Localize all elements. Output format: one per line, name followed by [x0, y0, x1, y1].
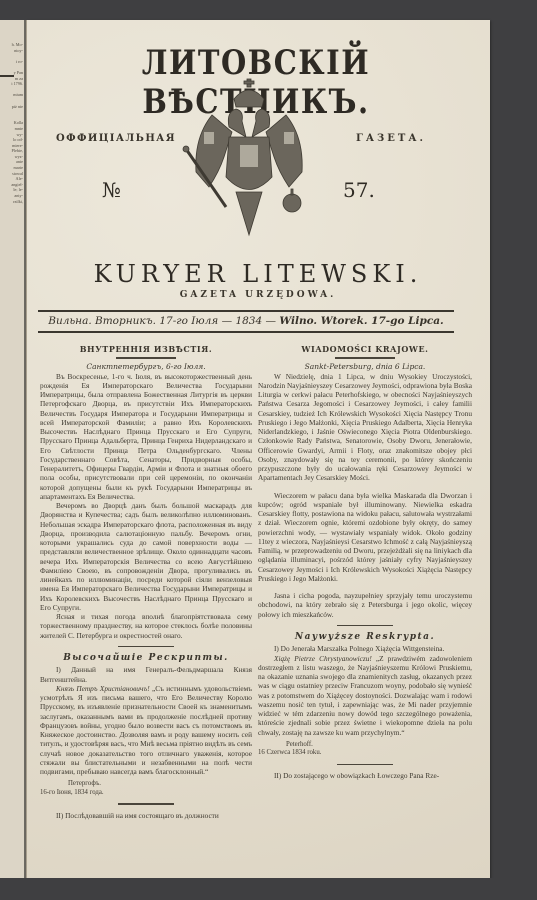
- rescript-text: „Z prawdziwém zadowoleniem dostrzegłem z…: [258, 654, 472, 737]
- rescript-title: II) Послѣдовавшій на имя состоящаго въ д…: [40, 811, 252, 820]
- newspaper-page: ЛИТОВСКІЙ ВѢСТНИКЪ. ОФФИЦІАЛЬНАЯ ГАЗЕТА.…: [26, 20, 490, 878]
- dateline-russian: Вильна. Вторникъ. 17-го Іюля: [48, 315, 218, 327]
- rescripts-heading: Высочайшіе Рескрипты.: [40, 653, 252, 663]
- double-headed-eagle-coat-of-arms-icon: [174, 77, 324, 237]
- signature-place: Peterhoff.: [258, 741, 472, 750]
- divider: [118, 803, 174, 805]
- signature: Peterhoff. 16 Czerwca 1834 roku.: [258, 741, 472, 758]
- page-edge: [26, 20, 27, 878]
- article-dateline: Sankt-Petersburg, dnia 6 Lipca.: [258, 362, 472, 371]
- rescript-text: „Съ истиннымъ удовольствіемъ усмотрѣлъ Я…: [40, 684, 252, 776]
- masthead-gazeta-label: ГАЗЕТА.: [356, 133, 426, 144]
- article-paragraph: W Niedzielę, dnia 1 Lipca, w dniu Wysoki…: [258, 372, 472, 483]
- rescript-address: Князь Петръ Христіановичъ!: [56, 684, 150, 693]
- rescripts-heading: Naywyższe Reskrypta.: [258, 632, 472, 642]
- dateline: Вильна. Вторникъ. 17-го Іюля — 1834 — Wi…: [38, 315, 454, 327]
- column-russian: ВНУТРЕННІЯ ИЗВѢСТІЯ. Санктпетербургъ, 6-…: [40, 344, 252, 820]
- divider: [337, 764, 393, 766]
- article-dateline: Санктпетербургъ, 6-го Іюля.: [40, 362, 252, 371]
- rescript-title: I) Данный на имя Генералъ-Фельдмаршала К…: [40, 665, 252, 684]
- section-rule: [335, 357, 395, 359]
- article-paragraph: Wieczorem w pałacu dana była wielka Mask…: [258, 491, 472, 584]
- section-rule: [116, 357, 176, 359]
- previous-page-text: h. Mo- nioy- i ro- y Pan m za i 1796. mi…: [1, 42, 23, 204]
- signature: Петергофъ. 16-го Іюня, 1834 года.: [40, 780, 252, 797]
- signature-date: 16 Czerwca 1834 roku.: [258, 749, 472, 758]
- rescript-body: Князь Петръ Христіановичъ! „Съ истиннымъ…: [40, 684, 252, 777]
- previous-page-sliver: h. Mo- nioy- i ro- y Pan m za i 1796. mi…: [0, 20, 26, 878]
- dateline-polish: Wilno. Wtorek. 17-go Lipca.: [279, 315, 443, 327]
- article-paragraph: Въ Воскресенье, 1-го ч. Іюля, въ высокот…: [40, 372, 252, 502]
- section-heading: WIADOMOŚCI KRAJOWE.: [258, 344, 472, 354]
- rescript-address: Xiążę Pietrze Chrystyanowiczu!: [274, 654, 372, 663]
- rescript-body: Xiążę Pietrze Chrystyanowiczu! „Z prawdz…: [258, 654, 472, 737]
- article-paragraph: Ясная и тихая погода вполнѣ благопріятст…: [40, 612, 252, 640]
- article-paragraph: Вечеромъ во Дворцѣ данъ былъ большой мас…: [40, 501, 252, 612]
- masthead-title-polish: KURYER LITEWSKI.: [26, 260, 490, 288]
- scanner-frame-bottom: [0, 878, 537, 900]
- masthead-subtitle-polish: GAZETA URZĘDOWA.: [26, 290, 490, 300]
- signature-date: 16-го Іюня, 1834 года.: [40, 789, 252, 798]
- divider: [118, 646, 174, 648]
- dateline-top-rule: [38, 310, 454, 312]
- section-heading: ВНУТРЕННІЯ ИЗВѢСТІЯ.: [40, 344, 252, 354]
- issue-number: 57.: [343, 178, 375, 202]
- divider: [337, 625, 393, 627]
- article-paragraph: Jasna i cicha pogoda, nayzupełniey sprzy…: [258, 591, 472, 619]
- issue-number-label: №: [102, 178, 121, 202]
- rescript-title: II) Do zostającego w obowiązkach Łowczeg…: [258, 771, 472, 780]
- dateline-year: — 1834 —: [222, 315, 276, 327]
- masthead-official-label: ОФФИЦІАЛЬНАЯ: [56, 133, 176, 144]
- column-polish: WIADOMOŚCI KRAJOWE. Sankt-Petersburg, dn…: [258, 344, 472, 781]
- rescript-title: I) Do Jenerała Marszałka Polnego Xiążęci…: [258, 644, 472, 653]
- signature-place: Петергофъ.: [40, 780, 252, 789]
- dateline-bottom-rule: [38, 331, 454, 333]
